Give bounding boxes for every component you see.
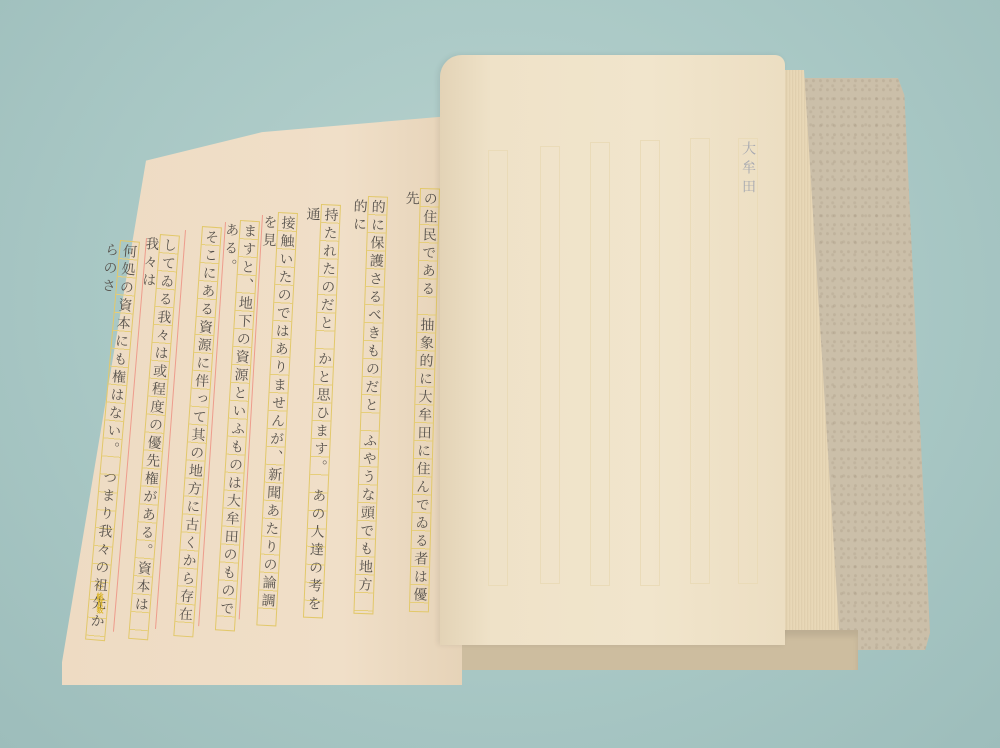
paper-brand-mark: ○ 総頁数 <box>95 582 105 613</box>
right-column-1: 大牟田 <box>738 138 758 584</box>
manuscript-photo: の住民である 抽象的に大牟田に住んでゐる者は優先 的に保護さるべきものだと ふや… <box>0 0 1000 748</box>
right-column-5 <box>540 146 560 584</box>
right-column-6 <box>488 150 508 586</box>
right-column-4 <box>590 142 610 586</box>
right-column-2 <box>690 138 710 584</box>
right-column-3 <box>640 140 660 586</box>
